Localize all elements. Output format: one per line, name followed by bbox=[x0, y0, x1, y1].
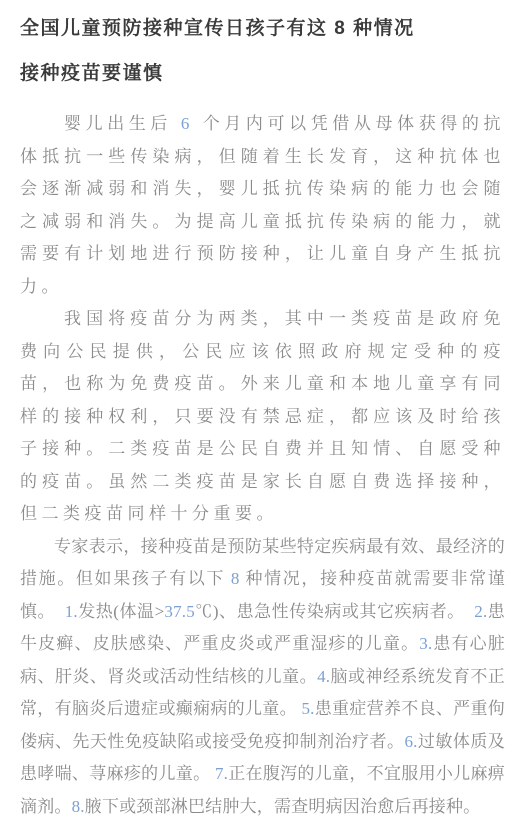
text-segment: 腋下或颈部淋巴结肿大，需查明病因治愈后再接种。 bbox=[85, 797, 481, 816]
number-highlight: 6. bbox=[404, 732, 417, 751]
text-segment: 婴儿出生后 bbox=[64, 114, 181, 133]
number-highlight: 2. bbox=[474, 602, 487, 621]
paragraph: 我国将疫苗分为两类，其中一类疫苗是政府免费向公民提供，公民应该依照政府规定受种的… bbox=[20, 303, 505, 531]
number-highlight: 8 bbox=[231, 569, 240, 588]
article-page: 全国儿童预防接种宣传日孩子有这 8 种情况 接种疫苗要谨慎 婴儿出生后 6 个月… bbox=[0, 0, 525, 833]
text-segment: 发热(体温> bbox=[78, 602, 165, 621]
number-highlight: 3. bbox=[419, 634, 432, 653]
number-highlight: 6 bbox=[181, 114, 194, 133]
article-title-line-2: 接种疫苗要谨慎 bbox=[20, 51, 505, 96]
number-highlight: 37.5 bbox=[164, 602, 195, 621]
number-highlight: 8. bbox=[72, 797, 85, 816]
text-segment: 我国将疫苗分为两类，其中一类疫苗是政府免费向公民提供，公民应该依照政府规定受种的… bbox=[20, 309, 505, 523]
paragraph: 婴儿出生后 6 个月内可以凭借从母体获得的抗体抵抗一些传染病，但随着生长发育，这… bbox=[20, 108, 505, 303]
article-title-line-1: 全国儿童预防接种宣传日孩子有这 8 种情况 bbox=[20, 6, 505, 51]
article-body: 婴儿出生后 6 个月内可以凭借从母体获得的抗体抵抗一些传染病，但随着生长发育，这… bbox=[20, 108, 505, 823]
number-highlight: 1. bbox=[65, 602, 78, 621]
number-highlight: 7. bbox=[215, 764, 228, 783]
paragraph: 专家表示，接种疫苗是预防某些特定疾病最有效、最经济的措施。但如果孩子有以下 8 … bbox=[20, 531, 505, 824]
number-highlight: 4. bbox=[317, 667, 330, 686]
text-segment: 个月内可以凭借从母体获得的抗体抵抗一些传染病，但随着生长发育，这种抗体也会逐渐减… bbox=[20, 114, 505, 296]
text-segment: ℃)、患急性传染病或其它疾病者。 bbox=[195, 602, 474, 621]
number-highlight: 5. bbox=[301, 699, 314, 718]
article-title: 全国儿童预防接种宣传日孩子有这 8 种情况 接种疫苗要谨慎 bbox=[20, 6, 505, 96]
